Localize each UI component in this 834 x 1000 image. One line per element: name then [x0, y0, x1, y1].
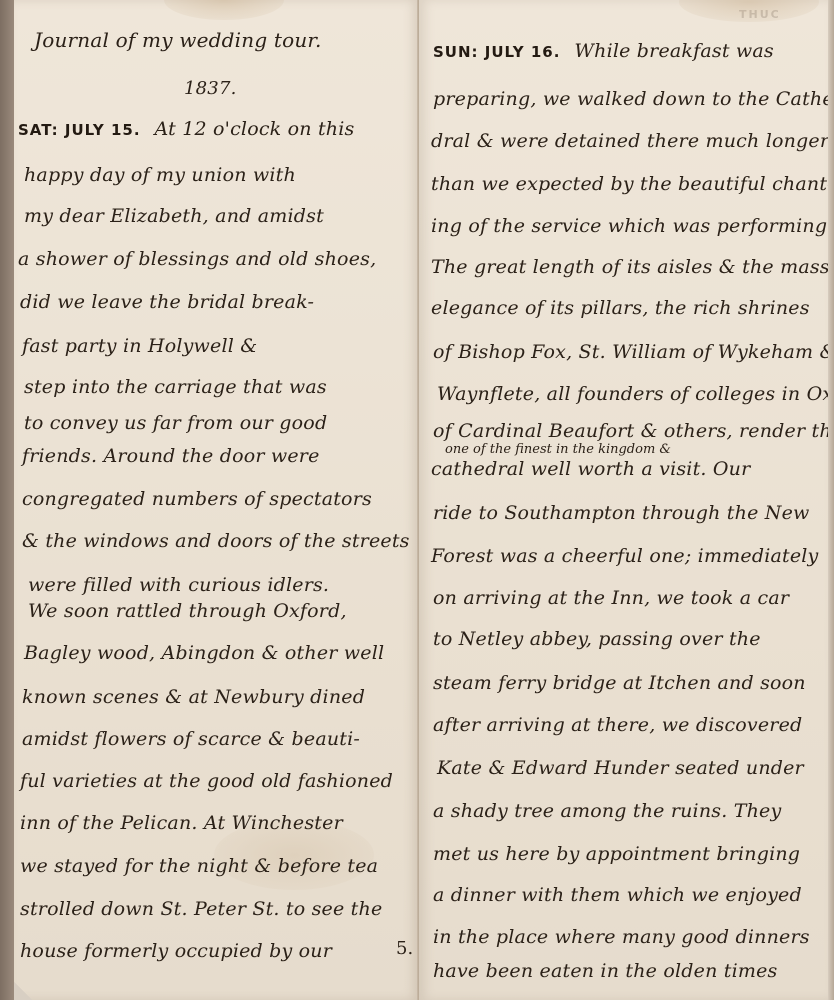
entry-line: did we leave the bridal break- — [20, 291, 314, 313]
entry-line: amidst flowers of scarce & beauti- — [22, 728, 360, 750]
entry-line: The great length of its aisles & the mas… — [431, 256, 828, 278]
entry-line: Kate & Edward Hunder seated under — [437, 757, 804, 779]
interlinear-insertion: one of the finest in the kingdom & — [445, 442, 671, 457]
entry-line: we stayed for the night & before tea — [20, 855, 378, 877]
journal-spread: Journal of my wedding tour. 1837. SAT: J… — [0, 0, 834, 1000]
entry-line: house formerly occupied by our — [20, 940, 332, 962]
entry-line: SUN: JULY 16.While breakfast was — [433, 40, 774, 62]
entry-line: to Netley abbey, passing over the — [433, 628, 761, 650]
entry-line: inn of the Pelican. At Winchester — [20, 812, 343, 834]
entry-line: my dear Elizabeth, and amidst — [24, 205, 324, 227]
entry-line: Forest was a cheerful one; immediately — [431, 545, 819, 567]
book-edge-left — [0, 0, 14, 1000]
entry-line: Bagley wood, Abingdon & other well — [24, 642, 384, 664]
entry-line: ride to Southampton through the New — [433, 502, 810, 524]
entry-line: We soon rattled through Oxford, — [28, 600, 347, 622]
line-text: While breakfast was — [574, 40, 773, 62]
entry-line: steam ferry bridge at Itchen and soon — [433, 672, 806, 694]
entry-line: met us here by appointment bringing — [433, 843, 800, 865]
entry-line: to convey us far from our good — [24, 412, 327, 434]
entry-line: than we expected by the beautiful chant- — [431, 173, 828, 195]
entry-line: of Cardinal Beaufort & others, render th… — [433, 420, 828, 442]
paper-stain — [164, 0, 284, 20]
right-page: THUC SUN: JULY 16.While breakfast was pr… — [419, 0, 828, 1000]
entry-line: SAT: JULY 15.At 12 o'clock on this — [18, 118, 354, 140]
entry-line: a shower of blessings and old shoes, — [18, 248, 376, 270]
entry-line: dral & were detained there much longer — [431, 130, 828, 152]
page-corner-fold — [14, 982, 32, 1000]
entry-line: congregated numbers of spectators — [22, 488, 372, 510]
entry-heading-sun-july-16: SUN: JULY 16. — [433, 43, 560, 61]
line-text: At 12 o'clock on this — [155, 118, 355, 140]
entry-line: ful varieties at the good old fashioned — [20, 770, 393, 792]
entry-line: a dinner with them which we enjoyed — [433, 884, 802, 906]
entry-line: a shady tree among the ruins. They — [433, 800, 781, 822]
entry-line: friends. Around the door were — [22, 445, 320, 467]
entry-line: preparing, we walked down to the Cathe- — [433, 88, 828, 110]
entry-line: elegance of its pillars, the rich shrine… — [431, 297, 810, 319]
entry-line: on arriving at the Inn, we took a car — [433, 587, 789, 609]
entry-line: happy day of my union with — [24, 164, 296, 186]
entry-line: ing of the service which was performing. — [431, 215, 828, 237]
entry-line: known scenes & at Newbury dined — [22, 686, 365, 708]
entry-line: Waynflete, all founders of colleges in O… — [437, 383, 828, 405]
journal-title: Journal of my wedding tour. — [34, 28, 322, 52]
entry-line: strolled down St. Peter St. to see the — [20, 898, 382, 920]
entry-line: cathedral well worth a visit. Our — [431, 458, 750, 480]
entry-line: have been eaten in the olden times — [433, 960, 777, 982]
entry-line: & the windows and doors of the streets — [22, 530, 410, 552]
page-number: 5. — [396, 938, 413, 959]
left-page: Journal of my wedding tour. 1837. SAT: J… — [14, 0, 419, 1000]
entry-heading-sat-july-15: SAT: JULY 15. — [18, 121, 141, 139]
entry-line: in the place where many good dinners — [433, 926, 810, 948]
paper-stain — [679, 0, 819, 22]
book-edge-right — [828, 0, 834, 1000]
entry-line: after arriving at there, we discovered — [433, 714, 802, 736]
entry-line: of Bishop Fox, St. William of Wykeham & … — [433, 341, 828, 363]
journal-year: 1837. — [184, 78, 237, 99]
entry-line: step into the carriage that was — [24, 376, 327, 398]
entry-line: were filled with curious idlers. — [28, 574, 329, 596]
entry-line: fast party in Holywell & — [22, 335, 257, 357]
